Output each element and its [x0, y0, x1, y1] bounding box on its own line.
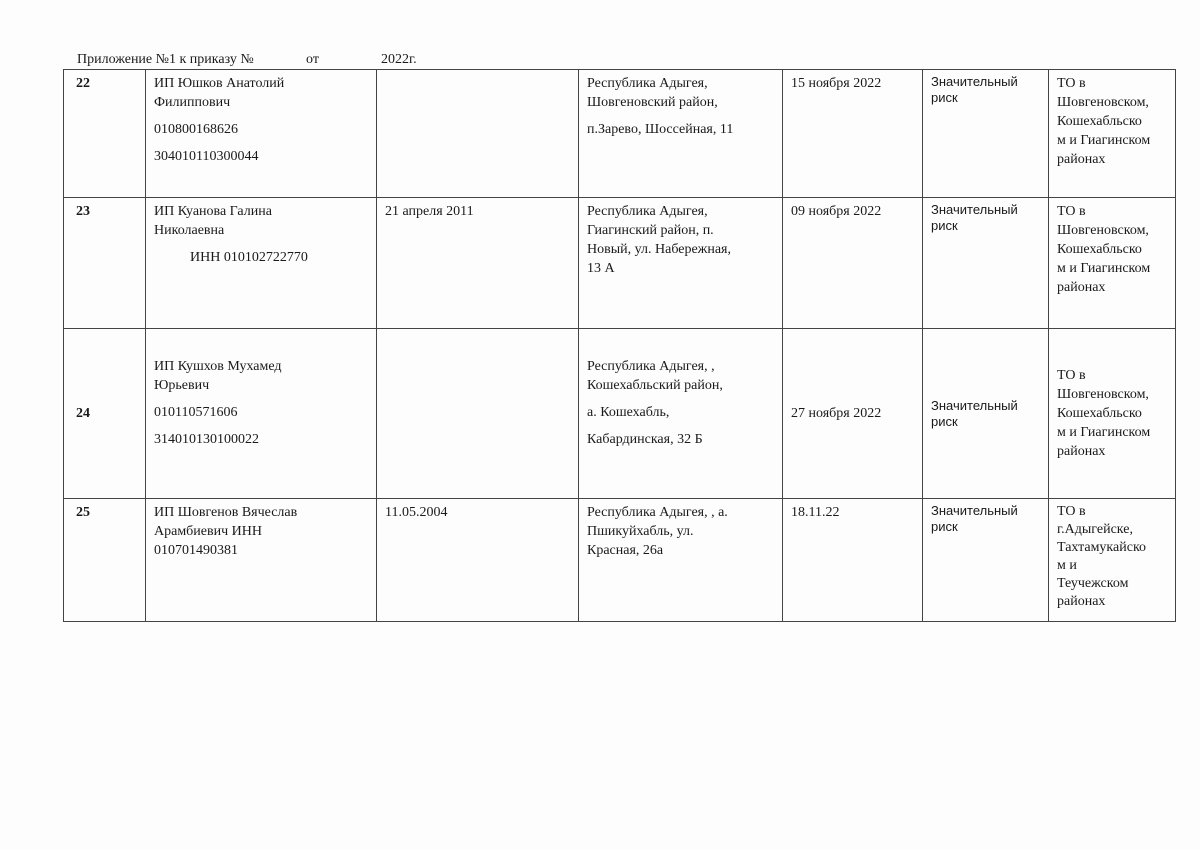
risk-line: Значительный	[931, 398, 1040, 414]
inn-value: 010701490381	[154, 541, 368, 560]
to-line: Тахтамукайско	[1057, 539, 1167, 557]
entrepreneur-name: ИП Юшков Анатолий	[154, 74, 368, 93]
inn-value: 010110571606	[154, 403, 368, 422]
to-line: районах	[1057, 150, 1167, 169]
to-line: м и Гиагинском	[1057, 259, 1167, 278]
entrepreneur-cell: ИП Куанова Галина Николаевна ИНН 0101027…	[146, 198, 377, 329]
row-number: 24	[64, 329, 146, 499]
to-line: Теучежском	[1057, 575, 1167, 593]
to-line: ТО в	[1057, 74, 1167, 93]
risk-line: риск	[931, 218, 1040, 234]
row-number: 25	[64, 499, 146, 622]
registration-date: 21 апреля 2011	[377, 198, 579, 329]
registration-date: 11.05.2004	[377, 499, 579, 622]
header-order-prefix: Приложение №1 к приказу №	[77, 52, 254, 68]
risk-category: Значительный риск	[923, 329, 1049, 499]
risk-category: Значительный риск	[923, 70, 1049, 198]
table-row: 25 ИП Шовгенов Вячеслав Арамбиевич ИНН 0…	[64, 499, 1176, 622]
registry-table: 22 ИП Юшков Анатолий Филиппович 01080016…	[63, 69, 1176, 622]
address-line: Пшикуйхабль, ул.	[587, 522, 774, 541]
table-row: 22 ИП Юшков Анатолий Филиппович 01080016…	[64, 70, 1176, 198]
entrepreneur-name: Филиппович	[154, 93, 368, 112]
risk-category: Значительный риск	[923, 499, 1049, 622]
entrepreneur-name: ИП Кушхов Мухамед	[154, 357, 368, 376]
header-from: от	[306, 52, 319, 68]
address-line: Республика Адыгея,	[587, 74, 774, 93]
entrepreneur-cell: ИП Шовгенов Вячеслав Арамбиевич ИНН 0107…	[146, 499, 377, 622]
check-date: 18.11.22	[783, 499, 923, 622]
address-line: Гиагинский район, п.	[587, 221, 774, 240]
check-date: 27 ноября 2022	[783, 329, 923, 499]
address-line: Республика Адыгея, , а.	[587, 503, 774, 522]
territorial-office: ТО в г.Адыгейске, Тахтамукайско м и Теуч…	[1049, 499, 1176, 622]
entrepreneur-name: ИП Шовгенов Вячеслав	[154, 503, 368, 522]
risk-line: Значительный	[931, 202, 1040, 218]
to-line: районах	[1057, 278, 1167, 297]
table-row: 23 ИП Куанова Галина Николаевна ИНН 0101…	[64, 198, 1176, 329]
registration-date	[377, 329, 579, 499]
ogrnip-value: 304010110300044	[154, 147, 368, 166]
entrepreneur-cell: ИП Юшков Анатолий Филиппович 01080016862…	[146, 70, 377, 198]
risk-line: риск	[931, 414, 1040, 430]
entrepreneur-name: ИП Куанова Галина	[154, 202, 368, 221]
risk-line: риск	[931, 519, 1040, 535]
header-year: 2022г.	[381, 52, 417, 68]
address-cell: Республика Адыгея, Гиагинский район, п. …	[579, 198, 783, 329]
to-line: м и Гиагинском	[1057, 423, 1167, 442]
address-line: Шовгеновский район,	[587, 93, 774, 112]
to-line: Кошехабльско	[1057, 404, 1167, 423]
row-number: 22	[64, 70, 146, 198]
address-line: 13 А	[587, 259, 774, 278]
risk-category: Значительный риск	[923, 198, 1049, 329]
risk-line: риск	[931, 90, 1040, 106]
territorial-office: ТО в Шовгеновском, Кошехабльско м и Гиаг…	[1049, 198, 1176, 329]
to-line: г.Адыгейске,	[1057, 521, 1167, 539]
to-line: районах	[1057, 442, 1167, 461]
to-line: ТО в	[1057, 202, 1167, 221]
to-line: Шовгеновском,	[1057, 385, 1167, 404]
risk-line: Значительный	[931, 74, 1040, 90]
to-line: Кошехабльско	[1057, 112, 1167, 131]
address-cell: Республика Адыгея, Шовгеновский район, п…	[579, 70, 783, 198]
to-line: Шовгеновском,	[1057, 221, 1167, 240]
to-line: м и	[1057, 557, 1167, 575]
to-line: ТО в	[1057, 366, 1167, 385]
address-line: а. Кошехабль,	[587, 403, 774, 422]
registration-date	[377, 70, 579, 198]
address-line: Кабардинская, 32 Б	[587, 430, 774, 449]
table-row: 24 ИП Кушхов Мухамед Юрьевич 01011057160…	[64, 329, 1176, 499]
entrepreneur-name: Арамбиевич ИНН	[154, 522, 368, 541]
check-date: 15 ноября 2022	[783, 70, 923, 198]
ogrnip-value: 314010130100022	[154, 430, 368, 449]
inn-value: ИНН 010102722770	[154, 248, 368, 267]
address-cell: Республика Адыгея, , а. Пшикуйхабль, ул.…	[579, 499, 783, 622]
entrepreneur-cell: ИП Кушхов Мухамед Юрьевич 010110571606 3…	[146, 329, 377, 499]
risk-line: Значительный	[931, 503, 1040, 519]
entrepreneur-name: Юрьевич	[154, 376, 368, 395]
to-line: Кошехабльско	[1057, 240, 1167, 259]
territorial-office: ТО в Шовгеновском, Кошехабльско м и Гиаг…	[1049, 70, 1176, 198]
to-line: Шовгеновском,	[1057, 93, 1167, 112]
address-line: Республика Адыгея,	[587, 202, 774, 221]
to-line: ТО в	[1057, 503, 1167, 521]
address-line: Новый, ул. Набережная,	[587, 240, 774, 259]
address-line: Республика Адыгея, ,	[587, 357, 774, 376]
to-line: районах	[1057, 593, 1167, 611]
inn-value: 010800168626	[154, 120, 368, 139]
territorial-office: ТО в Шовгеновском, Кошехабльско м и Гиаг…	[1049, 329, 1176, 499]
to-line: м и Гиагинском	[1057, 131, 1167, 150]
address-line: п.Зарево, Шоссейная, 11	[587, 120, 774, 139]
row-number: 23	[64, 198, 146, 329]
address-cell: Республика Адыгея, , Кошехабльский район…	[579, 329, 783, 499]
check-date: 09 ноября 2022	[783, 198, 923, 329]
address-line: Кошехабльский район,	[587, 376, 774, 395]
address-line: Красная, 26а	[587, 541, 774, 560]
entrepreneur-name: Николаевна	[154, 221, 368, 240]
